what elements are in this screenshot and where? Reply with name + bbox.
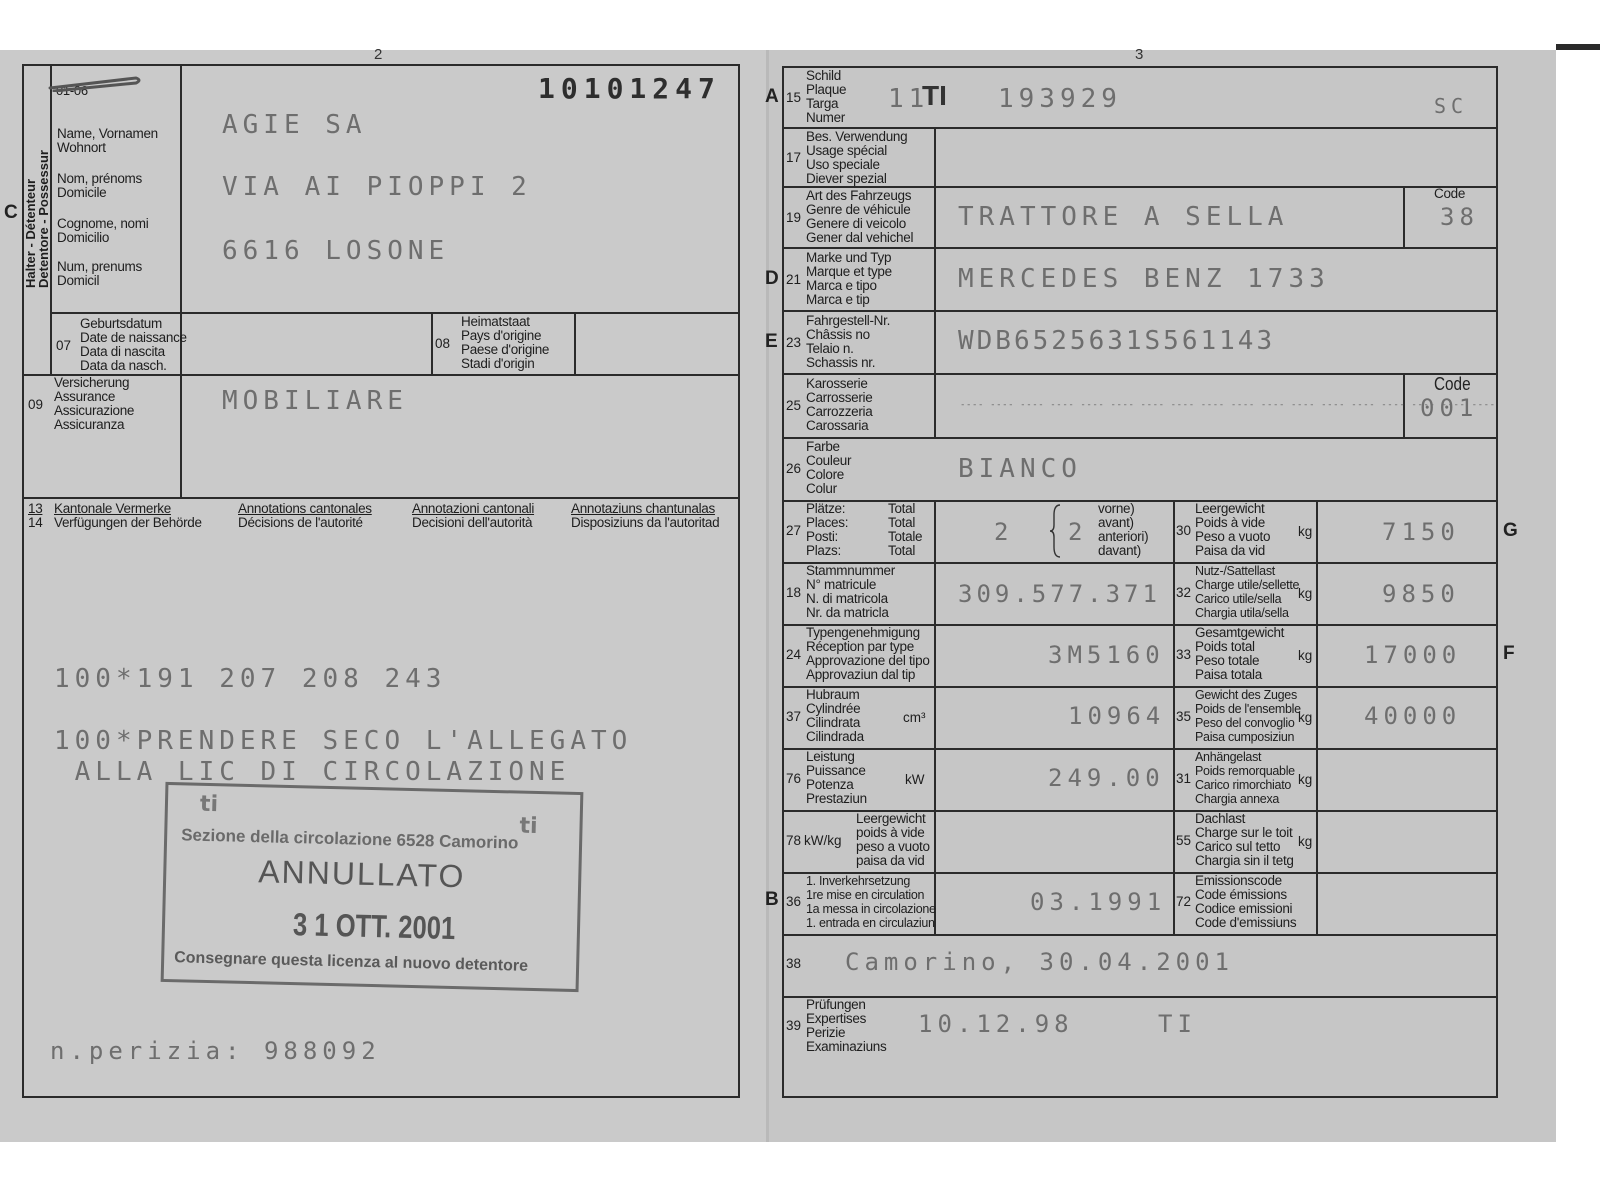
field-number-32: 32 bbox=[1176, 585, 1191, 600]
section-letter-g: G bbox=[1503, 520, 1518, 542]
canton-logo-icon: ti bbox=[200, 792, 219, 817]
insurance-value: MOBILIARE bbox=[222, 386, 408, 416]
section-letter-f: F bbox=[1503, 643, 1515, 665]
seats-front-labels: vorne)avant)anteriori)davant) bbox=[1098, 502, 1148, 558]
annotations-header-fr: Annotations cantonalesDécisions de l'aut… bbox=[238, 502, 372, 530]
displacement-value: 10964 bbox=[1068, 702, 1165, 730]
roof-load-unit: kg bbox=[1298, 834, 1312, 849]
combination-weight-labels: Gewicht des ZugesPoids de l'ensemblePeso… bbox=[1195, 688, 1301, 744]
stamp-title: ANNULLATO bbox=[258, 853, 466, 895]
page-number-right: 3 bbox=[1135, 46, 1143, 63]
section-letter-a: A bbox=[765, 86, 779, 108]
holder-vertical-label-2: Detentore - Possessur bbox=[37, 150, 50, 288]
field-number-08: 08 bbox=[435, 336, 450, 351]
holder-label-fr: Nom, prénomsDomicile bbox=[57, 172, 142, 200]
plate-canton: TI bbox=[922, 80, 947, 112]
divider bbox=[934, 127, 936, 437]
body-value: ---- ---- ---- ---- ---- ---- ---- ---- … bbox=[960, 400, 1496, 410]
vehicle-type-value: TRATTORE A SELLA bbox=[958, 202, 1288, 232]
stamp-office: Sezione della circolazione 6528 Camorino bbox=[181, 825, 519, 853]
origin-labels: HeimatstaatPays d'originePaese d'origine… bbox=[461, 315, 549, 371]
power-labels: LeistungPuissancePotenzaPrestaziun bbox=[806, 750, 867, 806]
vehicle-type-code-label: Code bbox=[1434, 187, 1465, 201]
field-number-19: 19 bbox=[786, 210, 801, 225]
document-serial-number: 10101247 bbox=[538, 72, 721, 105]
field-number-36: 36 bbox=[786, 894, 801, 909]
field-number-24: 24 bbox=[786, 647, 801, 662]
inspection-canton: TI bbox=[1158, 1010, 1197, 1038]
seats-total-value: 2 bbox=[994, 518, 1013, 546]
field-number-15: 15 bbox=[786, 90, 801, 105]
power-weight-unit: kW/kg bbox=[804, 833, 842, 848]
divider bbox=[782, 310, 1498, 312]
empty-weight-labels: LeergewichtPoids à videPeso a vuotoPaisa… bbox=[1195, 502, 1270, 558]
divider bbox=[180, 64, 182, 498]
field-number-38: 38 bbox=[786, 956, 801, 971]
field-number-18: 18 bbox=[786, 585, 801, 600]
divider bbox=[1316, 500, 1318, 934]
total-weight-labels: GesamtgewichtPoids totalPeso totalePaisa… bbox=[1195, 626, 1284, 682]
seats-total-labels: TotalTotalTotaleTotal bbox=[888, 502, 922, 558]
total-weight-value: 17000 bbox=[1364, 641, 1461, 669]
holder-name: AGIE SA bbox=[222, 110, 367, 140]
divider bbox=[782, 748, 1498, 750]
power-unit: kW bbox=[905, 772, 925, 787]
field-number-55: 55 bbox=[1176, 833, 1191, 848]
first-registration-labels: 1. Inverkehrsetzung1re mise en circulati… bbox=[806, 874, 936, 930]
plate-labels: SchildPlaqueTargaNumer bbox=[806, 69, 846, 125]
divider bbox=[1403, 186, 1405, 247]
divider bbox=[782, 686, 1498, 688]
body-labels: KarosserieCarrosserieCarrozzeriaCarossar… bbox=[806, 377, 872, 433]
divider bbox=[1173, 500, 1175, 934]
body-code: 001 bbox=[1420, 394, 1478, 422]
plate-suffix: SC bbox=[1434, 94, 1468, 118]
perizia-number: n.perizia: 988092 bbox=[50, 1037, 381, 1065]
page-fold bbox=[766, 50, 769, 1142]
insurance-labels: VersicherungAssuranceAssicurazioneAssicu… bbox=[54, 376, 134, 432]
make-value: MERCEDES BENZ 1733 bbox=[958, 264, 1330, 294]
displacement-unit: cm³ bbox=[903, 710, 926, 725]
payload-value: 9850 bbox=[1382, 580, 1460, 608]
stamp-note: Consegnare questa licenza al nuovo deten… bbox=[174, 949, 528, 976]
section-letter-e: E bbox=[765, 331, 778, 353]
annulled-stamp: ti ti Sezione della circolazione 6528 Ca… bbox=[161, 782, 584, 992]
registry-value: 309.577.371 bbox=[958, 580, 1161, 608]
canton-logo-icon: ti bbox=[519, 814, 538, 839]
vehicle-type-code: 38 bbox=[1440, 203, 1479, 231]
divider bbox=[782, 996, 1498, 998]
special-use-labels: Bes. VerwendungUsage spécialUso speciale… bbox=[806, 130, 907, 186]
total-weight-unit: kg bbox=[1298, 648, 1312, 663]
make-labels: Marke und TypMarque et typeMarca e tipoM… bbox=[806, 251, 892, 307]
type-approval-value: 3M5160 bbox=[1048, 641, 1165, 669]
empty-weight-value: 7150 bbox=[1382, 518, 1460, 546]
field-number-21: 21 bbox=[786, 272, 801, 287]
combination-weight-value: 40000 bbox=[1364, 702, 1461, 730]
seats-front-value: 2 bbox=[1068, 518, 1087, 546]
color-value: BIANCO bbox=[958, 454, 1082, 484]
field-number-31: 31 bbox=[1176, 771, 1191, 786]
holder-label-de: Name, VornamenWohnort bbox=[57, 127, 158, 155]
field-number-25: 25 bbox=[786, 398, 801, 413]
field-number-35: 35 bbox=[1176, 709, 1191, 724]
chassis-labels: Fahrgestell-Nr.Châssis noTelaio n.Schass… bbox=[806, 314, 890, 370]
paperclip-mark-icon bbox=[48, 74, 143, 92]
field-number-78: 78 bbox=[786, 833, 801, 848]
field-number-33: 33 bbox=[1176, 647, 1191, 662]
field-number-37: 37 bbox=[786, 709, 801, 724]
field-number-76: 76 bbox=[786, 771, 801, 786]
annotations-header-de: Kantonale VermerkeVerfügungen der Behörd… bbox=[54, 502, 202, 530]
annotations-header-rm: Annotaziuns chantunalasDisposiziuns da l… bbox=[571, 502, 719, 530]
divider bbox=[782, 373, 1498, 375]
field-numbers-13-14: 1314 bbox=[28, 502, 42, 530]
registry-labels: StammnummerN° matriculeN. di matricolaNr… bbox=[806, 564, 895, 620]
field-number-09: 09 bbox=[28, 397, 43, 412]
field-number-39: 39 bbox=[786, 1018, 801, 1033]
divider bbox=[934, 500, 936, 934]
holder-city: 6616 LOSONE bbox=[222, 236, 449, 266]
annotation-line-3: ALLA LIC DI CIRCOLAZIONE bbox=[54, 757, 570, 787]
trailer-load-labels: AnhängelastPoids remorquableCarico rimor… bbox=[1195, 750, 1295, 806]
brace-icon bbox=[1050, 503, 1064, 559]
divider bbox=[782, 247, 1498, 249]
field-number-07: 07 bbox=[56, 338, 71, 353]
page-number-left: 2 bbox=[374, 46, 382, 63]
birthdate-labels: GeburtsdatumDate de naissanceData di nas… bbox=[80, 317, 187, 373]
section-letter-b: B bbox=[765, 889, 779, 911]
holder-label-rm: Num, prenumsDomicil bbox=[57, 260, 142, 288]
body-code-label: Code bbox=[1434, 374, 1471, 395]
plate-number: 193929 bbox=[998, 84, 1122, 114]
annotation-line-1: 100*191 207 208 243 bbox=[54, 664, 446, 694]
field-number-27: 27 bbox=[786, 523, 801, 538]
annotation-line-2: 100*PRENDERE SECO L'ALLEGATO bbox=[54, 726, 632, 756]
displacement-labels: HubraumCylindréeCilindrataCilindrada bbox=[806, 688, 864, 744]
section-letter-d: D bbox=[765, 268, 779, 290]
field-number-17: 17 bbox=[786, 150, 801, 165]
inspection-date: 10.12.98 bbox=[918, 1010, 1074, 1038]
trailer-load-unit: kg bbox=[1298, 772, 1312, 787]
divider bbox=[782, 437, 1498, 439]
roof-load-labels: DachlastCharge sur le toitCarico sul tet… bbox=[1195, 812, 1294, 868]
power-weight-labels: Leergewichtpoids à videpeso a vuotopaisa… bbox=[856, 812, 930, 868]
holder-street: VIA AI PIOPPI 2 bbox=[222, 172, 532, 202]
payload-unit: kg bbox=[1298, 586, 1312, 601]
field-number-26: 26 bbox=[786, 461, 801, 476]
divider bbox=[50, 312, 740, 314]
emission-code-labels: EmissionscodeCode émissionsCodice emissi… bbox=[1195, 874, 1296, 930]
empty-weight-unit: kg bbox=[1298, 524, 1312, 539]
scan-edge bbox=[1556, 44, 1600, 50]
field-number-23: 23 bbox=[786, 335, 801, 350]
stamp-date: 3 1 OTT. 2001 bbox=[293, 906, 456, 947]
divider bbox=[431, 312, 433, 376]
vehicle-type-labels: Art des FahrzeugsGenre de véhiculeGenere… bbox=[806, 189, 913, 245]
divider bbox=[574, 312, 576, 376]
section-letter-c: C bbox=[4, 202, 18, 224]
seats-labels: Plätze:Places:Posti:Plazs: bbox=[806, 502, 848, 558]
holder-label-it: Cognome, nomiDomicilio bbox=[57, 217, 148, 245]
divider bbox=[22, 497, 740, 499]
field-number-72: 72 bbox=[1176, 894, 1191, 909]
annotations-header-it: Annotazioni cantonaliDecisioni dell'auto… bbox=[412, 502, 534, 530]
inspections-labels: PrüfungenExpertisesPerizieExaminaziuns bbox=[806, 998, 886, 1054]
power-value: 249.00 bbox=[1048, 764, 1165, 792]
type-approval-labels: TypengenehmigungRéception par typeApprov… bbox=[806, 626, 930, 682]
first-registration-value: 03.1991 bbox=[1030, 888, 1166, 916]
field-number-30: 30 bbox=[1176, 523, 1191, 538]
chassis-value: WDB6525631S561143 bbox=[958, 326, 1275, 356]
color-labels: FarbeCouleurColoreColur bbox=[806, 440, 851, 496]
divider bbox=[782, 934, 1498, 936]
payload-labels: Nutz-/SattellastCharge utile/selletteCar… bbox=[1195, 564, 1299, 620]
place-date-value: Camorino, 30.04.2001 bbox=[845, 948, 1234, 976]
combination-weight-unit: kg bbox=[1298, 710, 1312, 725]
